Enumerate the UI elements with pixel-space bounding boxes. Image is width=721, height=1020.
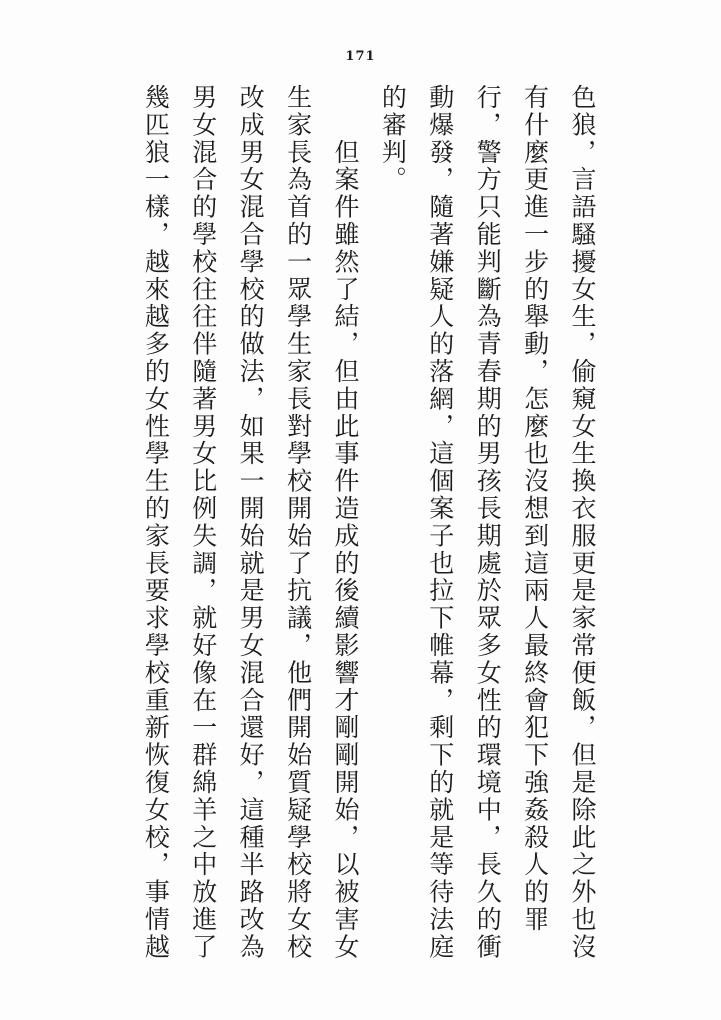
text-column: 幾匹狼一樣，越來越多的女性學生的家長要求學校重新恢復女校，事情越 — [131, 84, 178, 1016]
text-column: 生家長為首的一眾學生家長對學校開始了抗議，他們開始質疑學校將女校 — [273, 84, 320, 1016]
text-column: 色狼，言語騷擾女生，偷窺女生換衣服更是家常便飯，但是除此之外也沒 — [558, 84, 605, 1016]
text-column: 男女混合的學校往往伴隨著男女比例失調，就好像在一群綿羊之中放進了 — [178, 84, 225, 1016]
text-column: 動爆發，隨著嫌疑人的落網，這個案子也拉下帷幕，剩下的就是等待法庭 — [415, 84, 462, 1016]
text-column: 行，警方只能判斷為青春期的男孩長期處於眾多女性的環境中，長久的衝 — [463, 84, 510, 1016]
book-page: 171 色狼，言語騷擾女生，偷窺女生換衣服更是家常便飯，但是除此之外也沒 有什麼… — [0, 0, 721, 1020]
vertical-text-block: 色狼，言語騷擾女生，偷窺女生換衣服更是家常便飯，但是除此之外也沒 有什麼更進一步… — [131, 84, 605, 1016]
page-number: 171 — [0, 49, 721, 64]
text-column: 有什麼更進一步的舉動，怎麼也沒想到這兩人最終會犯下強姦殺人的罪 — [510, 84, 557, 1016]
text-column: 改成男女混合學校的做法，如果一開始就是男女混合還好，這種半路改為 — [226, 84, 273, 1016]
text-column: 但案件雖然了結，但由此事件造成的後續影響才剛剛開始，以被害女 — [321, 84, 368, 1016]
text-column: 的審判。 — [368, 84, 415, 1016]
